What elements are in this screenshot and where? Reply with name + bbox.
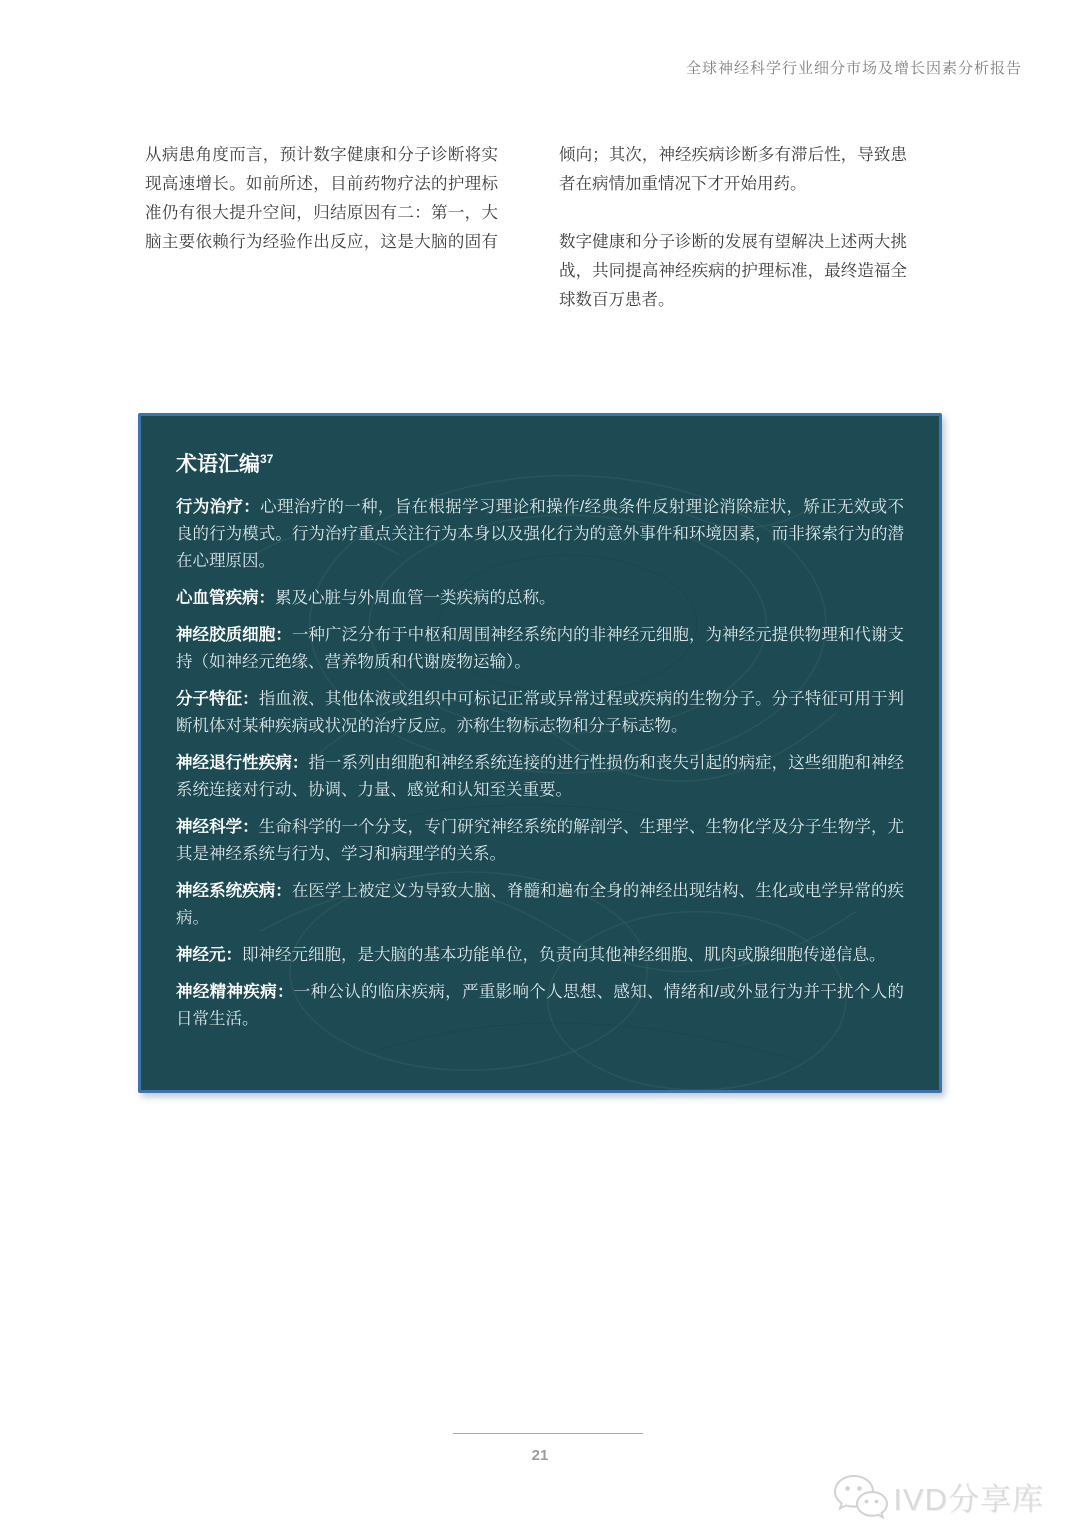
glossary-term: 分子特征： — [176, 690, 259, 708]
glossary-entry: 神经退行性疾病：指一系列由细胞和神经系统连接的进行性损伤和丧失引起的病症，这些细… — [176, 750, 904, 804]
glossary-entry: 神经科学：生命科学的一个分支，专门研究神经系统的解剖学、生理学、生物化学及分子生… — [176, 814, 904, 868]
wechat-icon — [831, 1472, 889, 1520]
watermark-text: IVD分享库 — [893, 1474, 1044, 1519]
watermark: IVD分享库 — [831, 1472, 1044, 1520]
glossary-term: 神经精神疾病： — [176, 983, 294, 1001]
body-column-right: 倾向；其次，神经疾病诊断多有滞后性，导致患者在病情加重情况下才开始用药。 数字健… — [559, 141, 907, 315]
glossary-box: 术语汇编37 行为治疗：心理治疗的一种，旨在根据学习理论和操作/经典条件反射理论… — [138, 413, 942, 1093]
glossary-entry: 神经精神疾病：一种公认的临床疾病，严重影响个人思想、感知、情绪和/或外显行为并干… — [176, 979, 904, 1033]
glossary-entry: 神经胶质细胞：一种广泛分布于中枢和周围神经系统内的非神经元细胞，为神经元提供物理… — [176, 622, 904, 676]
glossary-footnote: 37 — [260, 452, 273, 466]
glossary-title: 术语汇编37 — [176, 448, 904, 478]
running-header: 全球神经科学行业细分市场及增长因素分析报告 — [686, 57, 1022, 78]
glossary-definition: 心理治疗的一种，旨在根据学习理论和操作/经典条件反射理论消除症状，矫正无效或不良… — [176, 498, 904, 570]
glossary-definition: 累及心脏与外周血管一类疾病的总称。 — [275, 589, 556, 607]
glossary-definition: 生命科学的一个分支，专门研究神经系统的解剖学、生理学、生物化学及分子生物学，尤其… — [176, 818, 904, 863]
glossary-term: 神经科学： — [176, 818, 259, 836]
glossary-term: 神经胶质细胞： — [176, 626, 292, 644]
body-column-left: 从病患角度而言，预计数字健康和分子诊断将实现高速增长。如前所述，目前药物疗法的护… — [145, 141, 498, 315]
glossary-title-text: 术语汇编 — [176, 453, 260, 476]
glossary-term: 心血管疾病： — [176, 589, 275, 607]
glossary-term: 神经系统疾病： — [176, 882, 292, 900]
glossary-entry: 分子特征：指血液、其他体液或组织中可标记正常或异常过程或疾病的生物分子。分子特征… — [176, 686, 904, 740]
footer-divider — [453, 1433, 643, 1434]
glossary-definition: 指血液、其他体液或组织中可标记正常或异常过程或疾病的生物分子。分子特征可用于判断… — [176, 690, 904, 735]
glossary-term: 神经元： — [176, 946, 242, 964]
glossary-entry: 行为治疗：心理治疗的一种，旨在根据学习理论和操作/经典条件反射理论消除症状，矫正… — [176, 494, 904, 575]
body-columns: 从病患角度而言，预计数字健康和分子诊断将实现高速增长。如前所述，目前药物疗法的护… — [145, 141, 907, 315]
body-paragraph: 数字健康和分子诊断的发展有望解决上述两大挑战，共同提高神经疾病的护理标准，最终造… — [559, 228, 907, 315]
glossary-term: 行为治疗： — [176, 498, 260, 516]
glossary-content: 术语汇编37 行为治疗：心理治疗的一种，旨在根据学习理论和操作/经典条件反射理论… — [176, 448, 904, 1033]
page-number: 21 — [0, 1447, 1080, 1464]
glossary-entry: 神经元：即神经元细胞，是大脑的基本功能单位，负责向其他神经细胞、肌肉或腺细胞传递… — [176, 942, 904, 969]
report-page: 全球神经科学行业细分市场及增长因素分析报告 从病患角度而言，预计数字健康和分子诊… — [0, 0, 1080, 1536]
body-paragraph: 从病患角度而言，预计数字健康和分子诊断将实现高速增长。如前所述，目前药物疗法的护… — [145, 141, 498, 257]
glossary-list: 行为治疗：心理治疗的一种，旨在根据学习理论和操作/经典条件反射理论消除症状，矫正… — [176, 494, 904, 1033]
glossary-definition: 即神经元细胞，是大脑的基本功能单位，负责向其他神经细胞、肌肉或腺细胞传递信息。 — [242, 946, 886, 964]
body-paragraph: 倾向；其次，神经疾病诊断多有滞后性，导致患者在病情加重情况下才开始用药。 — [559, 141, 907, 199]
glossary-entry: 心血管疾病：累及心脏与外周血管一类疾病的总称。 — [176, 585, 904, 612]
glossary-term: 神经退行性疾病： — [176, 754, 308, 772]
glossary-entry: 神经系统疾病：在医学上被定义为导致大脑、脊髓和遍布全身的神经出现结构、生化或电学… — [176, 878, 904, 932]
